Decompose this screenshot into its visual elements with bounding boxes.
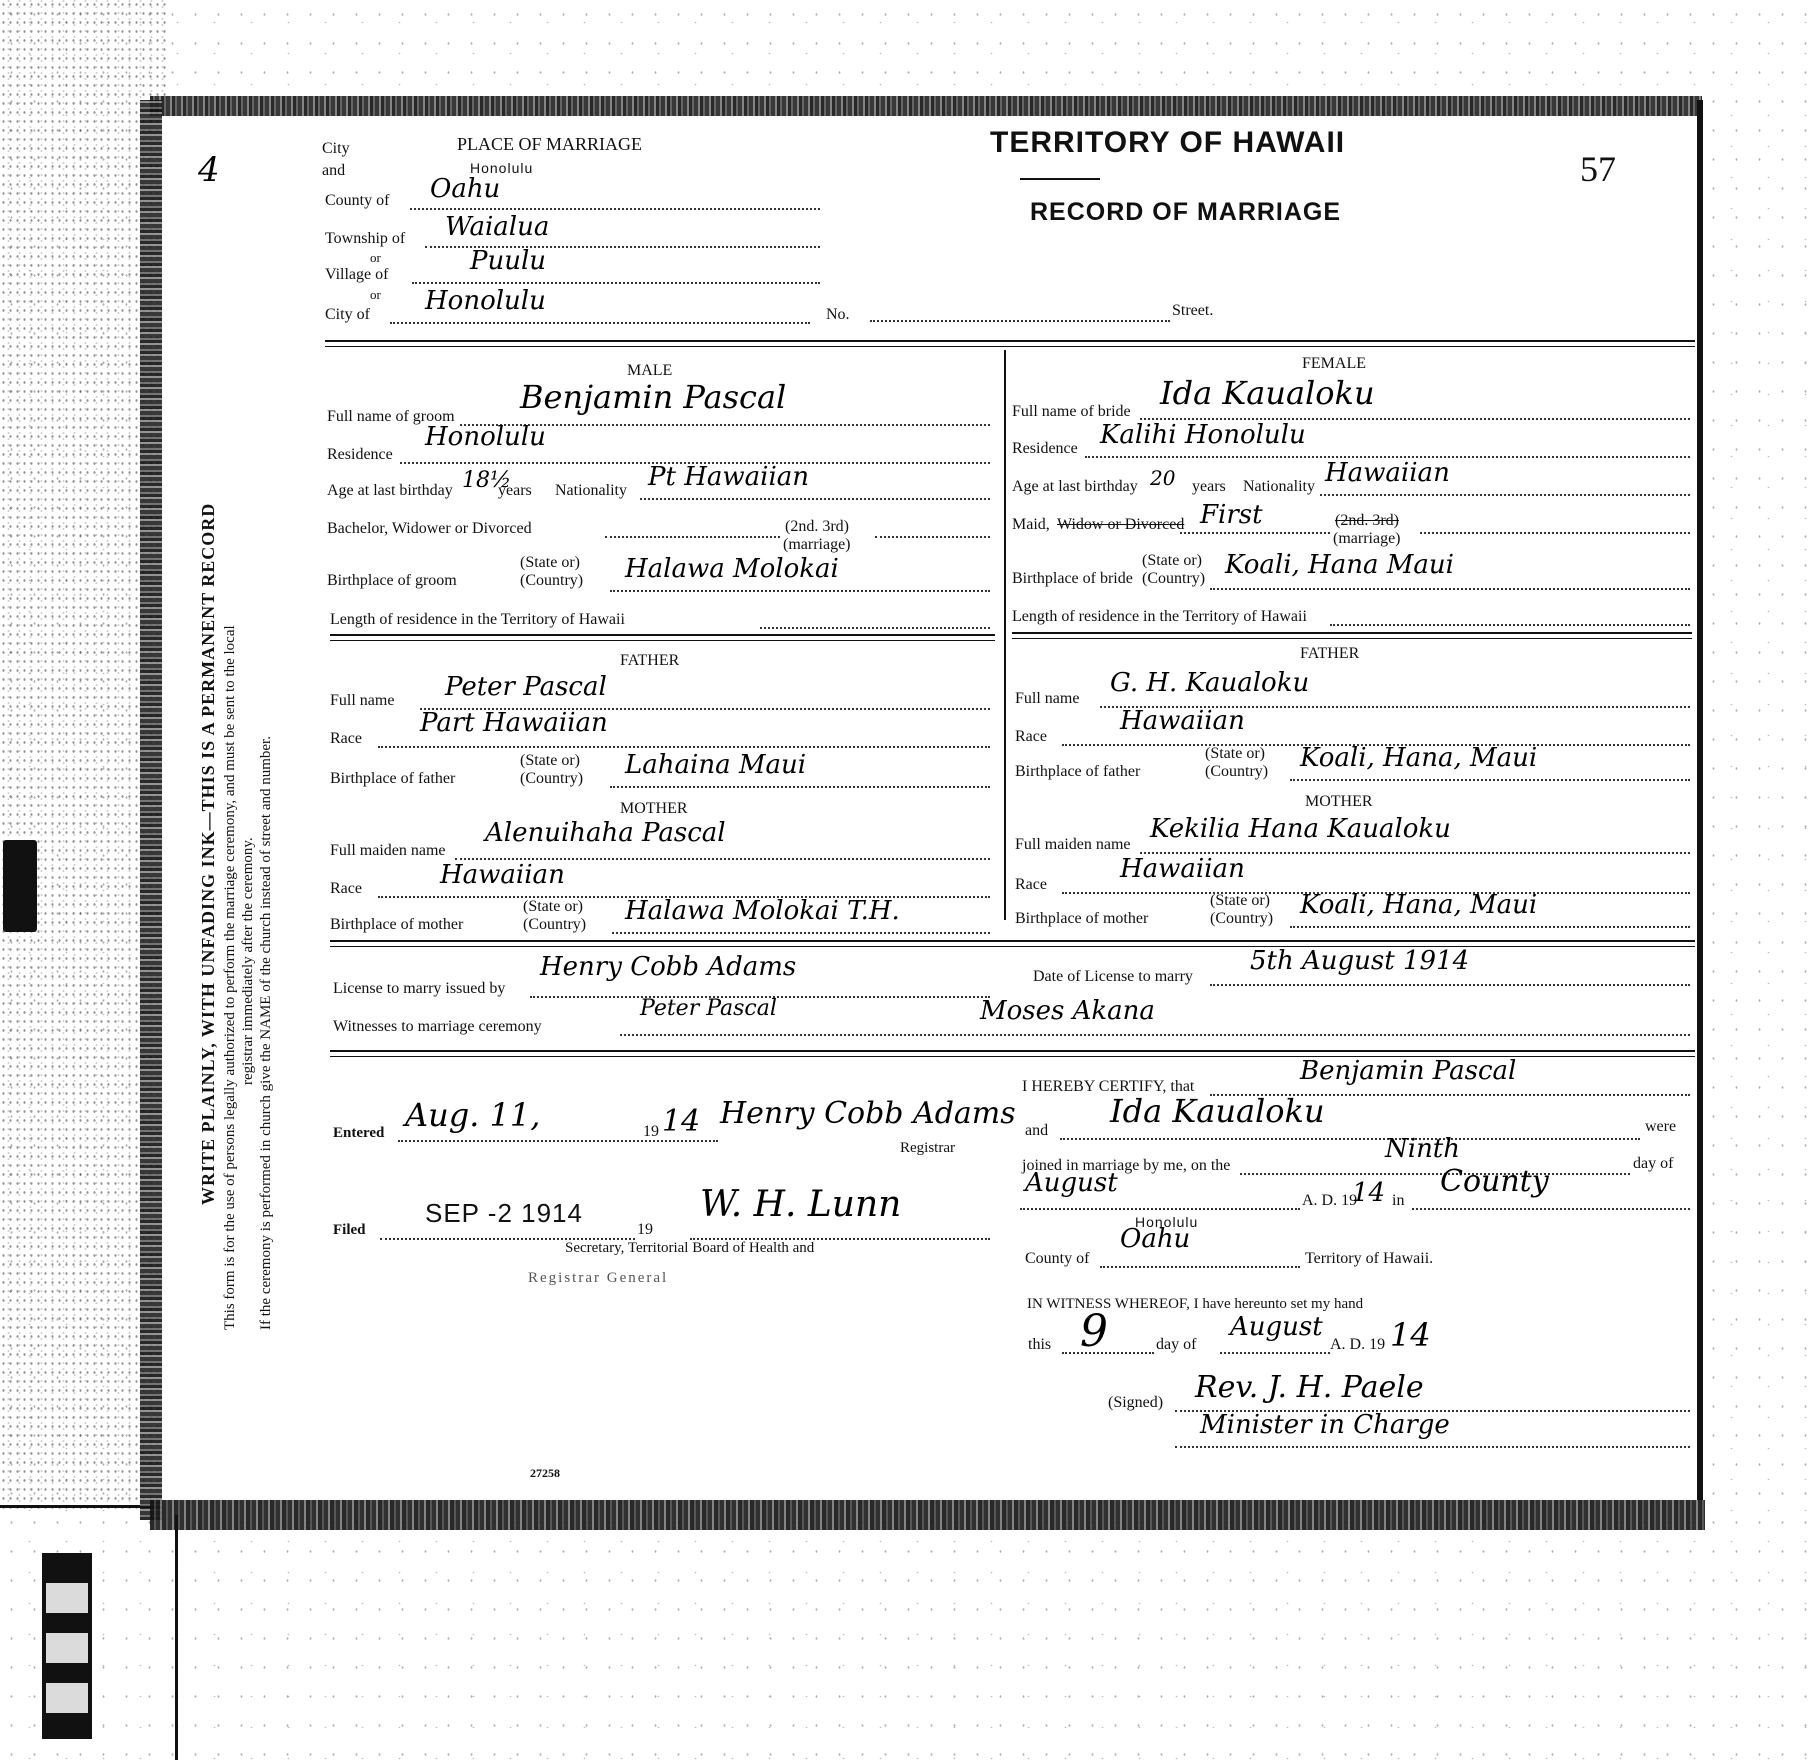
bride-status-struck-label: Widow or Divorced	[1057, 516, 1184, 534]
film-registration-mark	[3, 840, 37, 932]
or-label: or	[370, 250, 381, 266]
groom-nationality-line	[640, 498, 990, 500]
certify-county: Oahu	[1120, 1224, 1190, 1254]
day-line	[1240, 1173, 1630, 1175]
state-or-label: (State or)	[520, 554, 580, 572]
certify-bride-line	[1060, 1138, 1640, 1140]
license-issued-by: Henry Cobb Adams	[540, 952, 796, 982]
groom-residence: Honolulu	[425, 422, 546, 452]
village-value: Puulu	[470, 246, 546, 276]
witness-day-line	[1062, 1352, 1154, 1354]
bride-status-maid-label: Maid,	[1012, 516, 1050, 534]
witness-day: 9	[1080, 1306, 1108, 1357]
county-line	[410, 208, 820, 210]
groom-father-birthplace-label: Birthplace of father	[330, 770, 455, 788]
bride-nationality-label: Nationality	[1243, 478, 1315, 496]
groom-father-birthplace: Lahaina Maui	[625, 750, 806, 780]
signature-line-2	[1175, 1446, 1690, 1448]
country-label: (Country)	[523, 916, 586, 934]
groom-mother-heading: MOTHER	[620, 800, 688, 818]
license-date: 5th August 1914	[1250, 946, 1469, 976]
township-value: Waialua	[445, 212, 549, 242]
bride-age: 20	[1150, 466, 1175, 490]
officiant-title: Minister in Charge	[1200, 1410, 1450, 1440]
bride-father-birthplace-line	[1290, 779, 1690, 781]
city-value: Honolulu	[425, 286, 546, 316]
entered-year-prefix: 19	[643, 1123, 659, 1141]
state-or-label: (State or)	[1210, 892, 1270, 910]
registrar-label: Registrar	[900, 1140, 955, 1157]
bride-mother-heading: MOTHER	[1305, 793, 1373, 811]
witness-day-of-label: day of	[1156, 1336, 1196, 1354]
bride-mother-race-label: Race	[1015, 876, 1047, 894]
side-note-permanent-record: WRITE PLAINLY, WITH UNFADING INK—THIS IS…	[198, 503, 219, 1205]
city-label: City	[322, 140, 350, 158]
groom-age-label: Age at last birthday	[327, 482, 453, 500]
groom-marriage-ordinal-label: (2nd. 3rd)	[785, 518, 849, 536]
entered-line	[398, 1140, 718, 1142]
license-date-line	[1210, 984, 1690, 986]
bride-father-race: Hawaiian	[1120, 706, 1245, 736]
filed-label: Filed	[333, 1222, 366, 1239]
side-note-church: If the ceremony is performed in church g…	[258, 736, 275, 1330]
state-or-label: (State or)	[1205, 745, 1265, 763]
city-line	[390, 322, 810, 324]
entered-date: Aug. 11,	[405, 1096, 540, 1134]
groom-residence-label: Residence	[327, 446, 393, 464]
secretary-label: Secretary, Territorial Board of Health a…	[565, 1240, 814, 1257]
groom-years-label: years	[498, 482, 532, 500]
groom-father-birthplace-line	[610, 786, 990, 788]
groom-birthplace-label: Birthplace of groom	[327, 572, 457, 590]
form-border-top	[150, 96, 1702, 116]
license-issued-by-label: License to marry issued by	[333, 980, 505, 998]
witness-whereof-text: IN WITNESS WHEREOF, I have hereunto set …	[1027, 1296, 1363, 1313]
certify-groom: Benjamin Pascal	[1300, 1056, 1516, 1086]
bride-marriage-ordinal-label: (2nd. 3rd)	[1335, 512, 1399, 530]
witness-1: Peter Pascal	[640, 996, 777, 1021]
or-label: or	[370, 287, 381, 303]
village-line	[412, 282, 820, 284]
groom-marriage-label: (marriage)	[783, 536, 851, 554]
bride-mother-name-label: Full maiden name	[1015, 836, 1131, 854]
groom-mother-birthplace-label: Birthplace of mother	[330, 916, 463, 934]
divider-place	[325, 340, 1695, 347]
groom-birthplace: Halawa Molokai	[625, 554, 839, 584]
village-label: Village of	[325, 266, 388, 284]
groom-nationality: Pt Hawaiian	[648, 462, 809, 492]
groom-father-race-line	[378, 746, 990, 748]
entered-label: Entered	[333, 1125, 384, 1142]
groom-residence-length-label: Length of residence in the Territory of …	[330, 611, 625, 629]
entered-year: 14	[662, 1104, 700, 1139]
form-border-left	[140, 100, 162, 1520]
witness-2: Moses Akana	[980, 996, 1155, 1026]
state-or-label: (State or)	[520, 752, 580, 770]
column-divider	[1004, 350, 1006, 920]
bride-status: First	[1200, 500, 1263, 530]
bride-father-heading: FATHER	[1300, 645, 1359, 663]
groom-mother-name-label: Full maiden name	[330, 842, 446, 860]
groom-father-race: Part Hawaiian	[420, 708, 608, 738]
groom-father-name-label: Full name	[330, 692, 394, 710]
form-number: 27258	[530, 1466, 560, 1481]
witness-year: 14	[1390, 1316, 1431, 1354]
groom-status-line	[605, 536, 780, 538]
bride-years-label: years	[1192, 478, 1226, 496]
bride-father-birthplace: Koali, Hana, Maui	[1300, 743, 1537, 773]
record-number: 57	[1580, 148, 1616, 190]
certify-county-label: County of	[1025, 1250, 1089, 1268]
groom-mother-birthplace-line	[612, 932, 990, 934]
divider-male	[330, 634, 995, 641]
secretary-signature: W. H. Lunn	[700, 1184, 901, 1225]
groom-ordinal-line	[875, 536, 990, 538]
groom-name: Benjamin Pascal	[520, 378, 786, 416]
number-label: No.	[826, 306, 850, 324]
city-of-label: City of	[325, 306, 370, 324]
bride-marriage-label: (marriage)	[1333, 530, 1401, 548]
and-label: and	[1025, 1122, 1048, 1140]
marginal-mark: 4	[198, 150, 220, 190]
state-or-label: (State or)	[523, 898, 583, 916]
bride-name: Ida Kaualoku	[1160, 374, 1375, 412]
and-label: and	[322, 162, 345, 180]
place-heading: PLACE OF MARRIAGE	[457, 134, 642, 155]
bride-nationality: Hawaiian	[1325, 458, 1450, 488]
title-underline	[1020, 178, 1100, 180]
bride-mother-birthplace-label: Birthplace of mother	[1015, 910, 1148, 928]
were-label: were	[1645, 1118, 1676, 1136]
bride-mother-race: Hawaiian	[1120, 854, 1245, 884]
street-label: Street.	[1172, 302, 1213, 320]
country-label: (Country)	[1142, 570, 1205, 588]
officiant-signature: Rev. J. H. Paele	[1195, 1370, 1424, 1405]
document-subtitle: RECORD OF MARRIAGE	[1030, 198, 1341, 227]
county-label: County of	[325, 192, 389, 210]
witnesses-label: Witnesses to marriage ceremony	[333, 1018, 542, 1036]
bride-ordinal-line	[1420, 532, 1690, 534]
place-line	[1412, 1208, 1690, 1210]
groom-mother-race-label: Race	[330, 880, 362, 898]
registrar-general-label: Registrar General	[528, 1270, 668, 1287]
bride-mother-birthplace-line	[1290, 926, 1690, 928]
ceremony-place: County	[1440, 1164, 1549, 1199]
female-heading: FEMALE	[1302, 355, 1366, 373]
bride-birthplace: Koali, Hana Maui	[1225, 550, 1454, 580]
bride-nationality-line	[1320, 494, 1690, 496]
filed-date-stamp: SEP -2 1914	[425, 1198, 583, 1229]
ceremony-year: 14	[1352, 1178, 1385, 1208]
county-value: Oahu	[430, 174, 500, 204]
bride-mother-name: Kekilia Hana Kaualoku	[1150, 814, 1451, 844]
certify-bride: Ida Kaualoku	[1110, 1092, 1325, 1130]
signed-label: (Signed)	[1108, 1394, 1163, 1412]
month-line	[1020, 1208, 1300, 1210]
bride-birthplace-label: Birthplace of bride	[1012, 570, 1133, 588]
day-of-label: day of	[1633, 1155, 1673, 1173]
bride-status-line	[1180, 532, 1330, 534]
license-date-label: Date of License to marry	[1033, 968, 1193, 986]
groom-father-heading: FATHER	[620, 652, 679, 670]
filed-year-prefix: 19	[637, 1221, 653, 1239]
ad-label: A. D. 19	[1302, 1192, 1357, 1210]
divider-female	[1012, 632, 1692, 639]
this-label: this	[1028, 1336, 1051, 1354]
bride-father-name-label: Full name	[1015, 690, 1079, 708]
ceremony-month: August	[1025, 1168, 1118, 1198]
bride-birthplace-line	[1210, 588, 1690, 590]
film-frame-marker	[42, 1553, 92, 1739]
bride-father-race-label: Race	[1015, 728, 1047, 746]
bride-name-label: Full name of bride	[1012, 403, 1131, 421]
state-or-label: (State or)	[1142, 552, 1202, 570]
groom-mother-name: Alenuihaha Pascal	[485, 818, 726, 848]
film-edge-vertical	[175, 1505, 178, 1760]
witness-month-line	[1220, 1352, 1330, 1354]
witness-month: August	[1230, 1312, 1323, 1342]
bride-mother-birthplace: Koali, Hana, Maui	[1300, 890, 1537, 920]
form-border-bottom	[150, 1500, 1705, 1530]
registrar-signature: Henry Cobb Adams	[720, 1096, 1016, 1131]
groom-nationality-label: Nationality	[555, 482, 627, 500]
bride-father-birthplace-label: Birthplace of father	[1015, 763, 1140, 781]
witnesses-line	[620, 1034, 1690, 1036]
marriage-record-form	[160, 100, 1700, 1515]
groom-residence-length-line	[760, 627, 990, 629]
groom-father-name: Peter Pascal	[445, 672, 607, 702]
bride-father-name: G. H. Kaualoku	[1110, 668, 1309, 698]
bride-residence-length-label: Length of residence in the Territory of …	[1012, 608, 1307, 626]
township-label: Township of	[325, 230, 405, 248]
country-label: (Country)	[1210, 910, 1273, 928]
groom-status-label: Bachelor, Widower or Divorced	[327, 520, 532, 538]
country-label: (Country)	[1205, 763, 1268, 781]
groom-father-race-label: Race	[330, 730, 362, 748]
number-line	[870, 320, 1170, 322]
ceremony-day: Ninth	[1385, 1134, 1460, 1164]
bride-residence: Kalihi Honolulu	[1100, 420, 1306, 450]
form-border-right	[1697, 100, 1703, 1500]
country-label: (Country)	[520, 572, 583, 590]
side-note-usage: This form is for the use of persons lega…	[222, 625, 239, 1330]
groom-birthplace-line	[610, 590, 990, 592]
in-label: in	[1392, 1192, 1404, 1210]
divider-parents	[330, 940, 1695, 947]
certify-county-line	[1100, 1266, 1300, 1268]
side-note-registrar: registrar immediately after the ceremony…	[240, 837, 257, 1085]
document-title: TERRITORY OF HAWAII	[990, 126, 1345, 160]
country-label: (Country)	[520, 770, 583, 788]
bride-age-label: Age at last birthday	[1012, 478, 1138, 496]
bride-residence-length-line	[1330, 624, 1690, 626]
groom-mother-race: Hawaiian	[440, 860, 565, 890]
witness-ad-label: A. D. 19	[1330, 1336, 1385, 1354]
bride-residence-label: Residence	[1012, 440, 1078, 458]
territory-label: Territory of Hawaii.	[1305, 1250, 1433, 1268]
groom-mother-birthplace: Halawa Molokai T.H.	[625, 896, 900, 926]
